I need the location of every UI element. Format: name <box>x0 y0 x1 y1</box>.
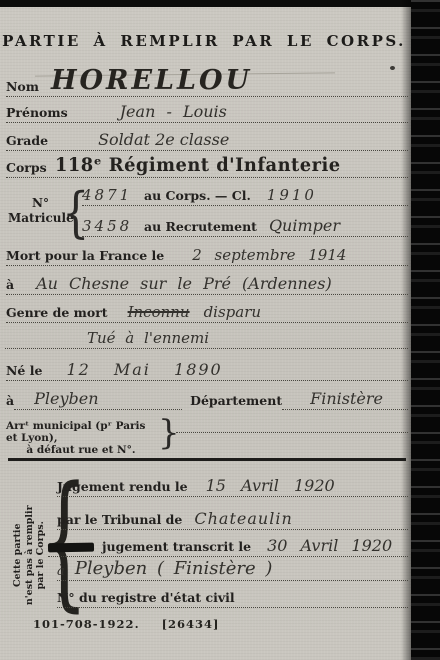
nom-value: HORELLOU <box>51 65 252 96</box>
grade-value: Soldat 2e classe <box>98 130 229 150</box>
genre-value-line2: Tué à l'ennemi <box>87 329 209 348</box>
ne-lieu-value: Pleyben <box>34 389 98 409</box>
prenoms-value: Jean - Louis <box>120 102 227 122</box>
ne-lieu-segment: Pleyben <box>14 389 182 410</box>
corps-stamp-value: 118ᵉ Régiment d'Infanterie <box>55 154 341 177</box>
tribunal-label: par le Tribunal de <box>57 512 182 529</box>
departement-label: Département <box>190 393 282 410</box>
footer-bracket-code: [26434] <box>162 617 220 631</box>
mort-lieu-value: Au Chesne sur le Pré (Ardennes) <box>36 274 332 294</box>
jugement-rendu-label: Jugement rendu le <box>57 479 188 496</box>
nom-label: Nom <box>6 79 39 96</box>
departement-value: Finistère <box>310 389 383 409</box>
arr-empty-line <box>176 414 408 433</box>
field-prenoms: Prénoms Jean - Louis <box>6 96 408 123</box>
genre-value: disparu <box>204 303 261 322</box>
field-corps: Corps 118ᵉ Régiment d'Infanterie <box>6 151 408 178</box>
field-nom: Nom HORELLOU <box>6 66 408 97</box>
tribunal-value: Chateaulin <box>194 509 292 529</box>
departement-segment: Finistère <box>282 389 408 410</box>
field-mort-date: Mort pour la France le 2 septembre 1914 <box>6 240 408 266</box>
scan-top-edge <box>0 0 440 7</box>
sidebar-note-line1: Cette partie <box>12 480 24 630</box>
grade-label: Grade <box>6 133 48 150</box>
recrutement-place-value: Quimper <box>269 216 340 236</box>
military-death-record-card: PARTIE À REMPLIR PAR LE CORPS. Nom HOREL… <box>0 0 440 660</box>
registre-label: N° du registre d'état civil <box>57 590 235 607</box>
redacted-word <box>48 543 94 553</box>
field-transcrit-lieu: à Pleyben ( Finistère ) <box>57 552 408 581</box>
matricule-corps-number: 4871 <box>82 186 144 205</box>
arr-label-line1: Arrᵗ municipal (pʳ Paris et Lyon), <box>6 420 156 444</box>
classe-value: 1910 <box>267 186 317 205</box>
au-recrutement-label: au Recrutement <box>144 219 257 236</box>
field-registre: N° du registre d'état civil <box>57 583 408 608</box>
field-jugement-rendu: Jugement rendu le 15 Avril 1920 <box>57 470 408 497</box>
transcrit-lieu-label: à <box>57 564 65 580</box>
arr-municipal-label-block: Arrᵗ municipal (pʳ Paris et Lyon), à déf… <box>6 420 156 456</box>
genre-value-struck: Inconnu <box>128 303 190 322</box>
mort-date-value: 2 septembre 1914 <box>192 246 346 265</box>
field-genre-de-mort-line2: Tué à l'ennemi <box>5 324 408 349</box>
prenoms-label: Prénoms <box>6 105 68 122</box>
transcrit-lieu-value: Pleyben ( Finistère ) <box>75 558 273 580</box>
field-tribunal: par le Tribunal de Chateaulin <box>57 503 408 530</box>
field-mort-lieu: à Au Chesne sur le Pré (Ardennes) <box>6 266 408 295</box>
genre-label: Genre de mort <box>6 305 108 322</box>
footer-ref-number: 101-708-1922. <box>33 617 140 631</box>
registre-value <box>235 606 408 607</box>
matricule-row-corps: 4871 au Corps. — Cl. 1910 <box>82 182 408 206</box>
form-title: PARTIE À REMPLIR PAR LE CORPS. <box>0 32 408 50</box>
field-ne-le: Né le 12 Mai 1890 <box>6 354 408 381</box>
field-genre-de-mort: Genre de mort Inconnu disparu <box>6 297 408 323</box>
ne-le-label: Né le <box>6 363 42 380</box>
jugement-rendu-value: 15 Avril 1920 <box>206 476 335 496</box>
au-corps-label: au Corps. — Cl. <box>144 188 251 205</box>
ne-le-value: 12 Mai 1890 <box>66 360 222 380</box>
corps-label: Corps <box>6 160 47 177</box>
ne-lieu-label: à <box>6 393 14 410</box>
field-ne-lieu: à Pleyben Département Finistère <box>6 384 408 410</box>
field-grade: Grade Soldat 2e classe <box>6 124 408 151</box>
sidebar-note-line2: n'est pas à remplir <box>23 480 35 630</box>
matricule-row-recrutement: 3458 au Recrutement Quimper <box>82 212 408 237</box>
mort-date-label: Mort pour la France le <box>6 248 164 265</box>
footer-reference: 101-708-1922. [26434] <box>33 617 219 631</box>
book-spine-strip <box>411 0 440 660</box>
matricule-recrutement-number: 3458 <box>82 217 144 236</box>
mort-lieu-label: à <box>6 277 14 294</box>
